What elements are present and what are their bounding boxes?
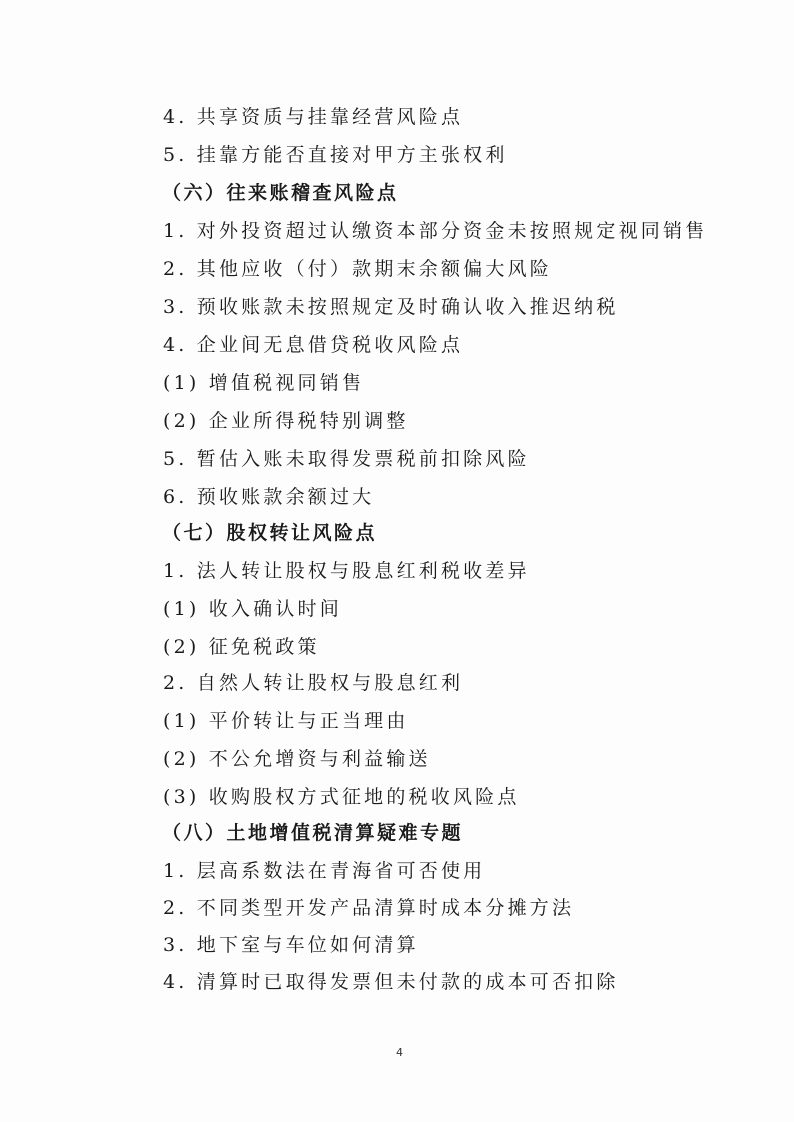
list-item: 4. 清算时已取得发票但未付款的成本可否扣除	[163, 970, 619, 994]
document-page: 4. 共享资质与挂靠经营风险点 5. 挂靠方能否直接对甲方主张权利 （六）往来账…	[0, 0, 794, 1122]
list-item: 4. 共享资质与挂靠经营风险点	[163, 105, 463, 129]
list-item: 5. 暂估入账未取得发票税前扣除风险	[163, 447, 530, 471]
list-item: 3. 预收账款未按照规定及时确认收入推迟纳税	[163, 295, 619, 319]
section-heading: （七）股权转让风险点	[162, 521, 377, 545]
list-item: 1. 对外投资超过认缴资本部分资金未按照规定视同销售	[163, 219, 707, 243]
list-item: 1. 层高系数法在青海省可否使用	[163, 859, 485, 883]
list-item: 4. 企业间无息借贷税收风险点	[163, 333, 463, 357]
list-item: 1. 法人转让股权与股息红利税收差异	[163, 559, 530, 583]
sub-list-item: (1) 平价转让与正当理由	[163, 709, 409, 733]
sub-list-item: (2) 不公允增资与利益输送	[163, 747, 431, 771]
list-item: 5. 挂靠方能否直接对甲方主张权利	[163, 143, 508, 167]
list-item: 2. 自然人转让股权与股息红利	[163, 671, 463, 695]
list-item: 2. 不同类型开发产品清算时成本分摊方法	[163, 896, 574, 920]
sub-list-item: (2) 征免税政策	[163, 635, 320, 659]
sub-list-item: (1) 增值税视同销售	[163, 371, 364, 395]
list-item: 2. 其他应收（付）款期末余额偏大风险	[163, 257, 552, 281]
section-heading: （八）土地增值税清算疑难专题	[162, 821, 463, 845]
section-heading: （六）往来账稽查风险点	[162, 181, 399, 205]
list-item: 3. 地下室与车位如何清算	[163, 933, 419, 957]
list-item: 6. 预收账款余额过大	[163, 485, 374, 509]
sub-list-item: (1) 收入确认时间	[163, 597, 342, 621]
page-number: 4	[396, 1046, 403, 1059]
sub-list-item: (3) 收购股权方式征地的税收风险点	[163, 785, 520, 809]
sub-list-item: (2) 企业所得税特别调整	[163, 409, 409, 433]
